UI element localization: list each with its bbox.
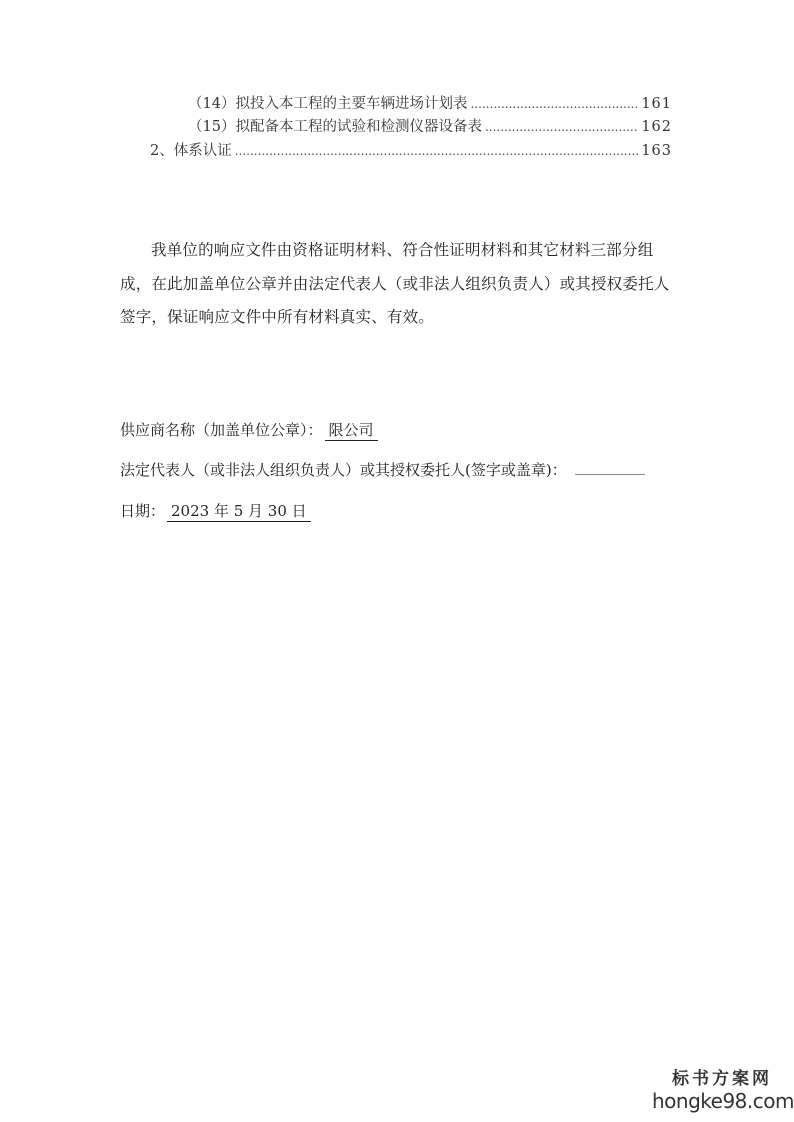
- watermark: 标书方案网 hongke98.com: [652, 1068, 792, 1112]
- toc-item[interactable]: （14）拟投入本工程的主要车辆进场计划表 ...................…: [188, 95, 672, 113]
- toc-leader-dots: ........................................…: [470, 95, 638, 113]
- date-label: 日期：: [120, 502, 165, 520]
- supplier-name-value[interactable]: 限公司: [325, 420, 378, 441]
- supplier-name-label: 供应商名称（加盖单位公章）：: [120, 421, 323, 439]
- date-line: 日期：2023 年 5 月 30 日: [120, 501, 311, 522]
- statement-paragraph: 我单位的响应文件由资格证明材料、符合性证明材料和其它材料三部分组成，在此加盖单位…: [120, 234, 680, 335]
- date-value[interactable]: 2023 年 5 月 30 日: [167, 501, 311, 522]
- toc-item-page: 163: [641, 142, 672, 160]
- toc-leader-dots: ........................................…: [235, 142, 639, 160]
- toc-leader-dots: ........................................…: [485, 118, 638, 136]
- toc-item-label: （15）拟配备本工程的试验和检测仪器设备表: [188, 118, 482, 136]
- watermark-cn: 标书方案网: [652, 1068, 792, 1090]
- legal-rep-label: 法定代表人（或非法人组织负责人）或其授权委托人(签字或盖章)：: [120, 461, 567, 479]
- legal-rep-line: 法定代表人（或非法人组织负责人）或其授权委托人(签字或盖章)：: [120, 460, 645, 480]
- toc-item-page: 162: [641, 118, 672, 136]
- toc-item-page: 161: [641, 95, 672, 113]
- toc-item-label: （14）拟投入本工程的主要车辆进场计划表: [188, 95, 467, 113]
- legal-rep-signature-field[interactable]: [575, 460, 645, 475]
- toc-item-label: 2、体系认证: [150, 142, 232, 160]
- watermark-en: hongke98.com: [652, 1090, 792, 1112]
- toc-item[interactable]: （15）拟配备本工程的试验和检测仪器设备表 ..................…: [188, 118, 672, 136]
- toc-item[interactable]: 2、体系认证 .................................…: [150, 142, 672, 160]
- supplier-name-line: 供应商名称（加盖单位公章）：限公司: [120, 420, 378, 441]
